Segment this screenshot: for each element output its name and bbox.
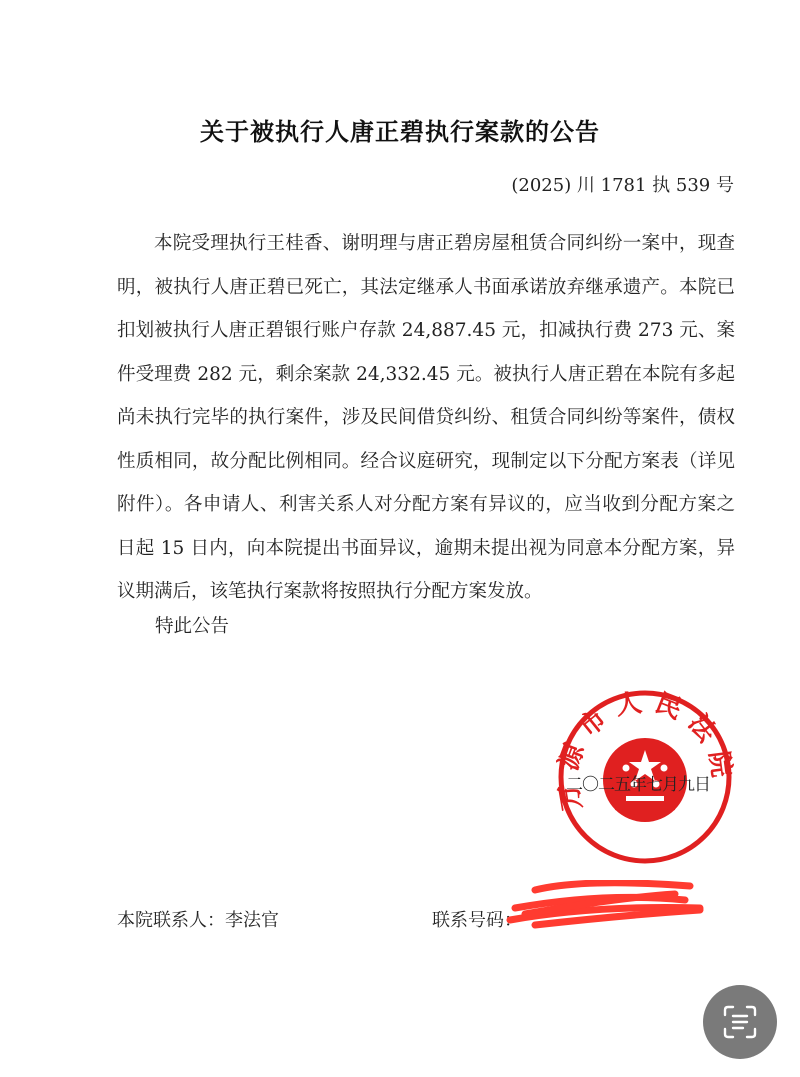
scan-text-icon xyxy=(721,1003,759,1041)
closing-text: 特此公告 xyxy=(155,612,229,638)
case-number: (2025) 川 1781 执 539 号 xyxy=(511,171,734,197)
contact-person-name: 李法官 xyxy=(225,910,279,931)
contact-person-label: 本院联系人： xyxy=(117,910,225,931)
redaction-scribble xyxy=(505,880,710,935)
scan-text-button[interactable] xyxy=(703,985,777,1059)
issue-date: 二〇二五年七月九日 xyxy=(566,770,710,795)
announcement-body: 本院受理执行王桂香、谢明理与唐正碧房屋租赁合同纠纷一案中，现查明，被执行人唐正碧… xyxy=(117,222,735,614)
body-paragraph: 本院受理执行王桂香、谢明理与唐正碧房屋租赁合同纠纷一案中，现查明，被执行人唐正碧… xyxy=(117,222,735,614)
contact-person: 本院联系人：李法官 xyxy=(117,906,279,932)
page-title: 关于被执行人唐正碧执行案款的公告 xyxy=(0,112,800,147)
